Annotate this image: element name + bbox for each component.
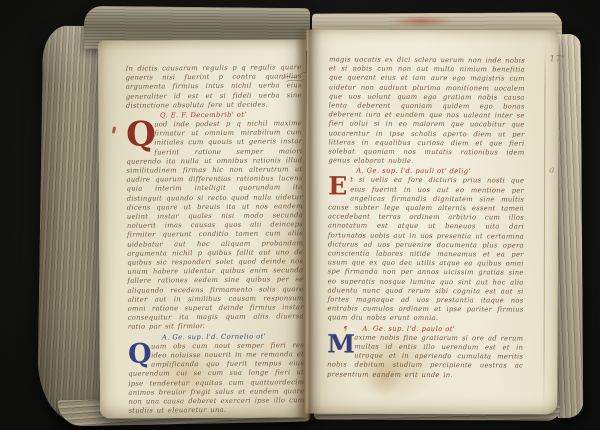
left-paragraph-1: In dictis causarum regulis p q regulis q… [126, 63, 302, 111]
right-page-text-block: magis uocatis ex dici sclera uerum non i… [327, 55, 525, 380]
margin-tick-red-icon [112, 126, 116, 133]
top-edge-red-stain [390, 16, 454, 26]
left-page-text-block: In dictis causarum regulis p q regulis q… [126, 63, 305, 416]
margin-letter-a: a [549, 165, 554, 175]
underlying-sheet-edge [543, 44, 545, 406]
right-paragraph-1: magis uocatis ex dici sclera uerum non i… [328, 55, 525, 167]
folio-superscript: o [561, 53, 565, 59]
manuscript-photograph: In dictis causarum regulis p q regulis q… [0, 0, 600, 430]
drop-cap-q-red: Q [126, 122, 151, 149]
rubric-text: A. Ge. sup. l'd. paulo ot' [363, 324, 456, 333]
drop-cap-e-red: E [328, 177, 347, 197]
right-paragraph-2: Et si uelis ea fore dicturis prius nosti… [327, 176, 524, 324]
drop-cap-m-blue: M [327, 334, 351, 354]
paragraph-text: t si uelis ea fore dicturis prius nosti … [327, 176, 524, 323]
right-paragraph-3: Maxime nobis fine gratiarum si ore ad re… [327, 333, 523, 380]
paragraph-text: axime nobis fine gratiarum si ore ad rer… [327, 333, 523, 378]
drop-cap-q-blue: Q [128, 343, 148, 365]
left-paragraph-3: Quam obs cum nout semper fieri res ideo … [128, 341, 305, 416]
left-paragraph-2: Quod inde podest p q nichil maxime firma… [126, 119, 304, 332]
left-page: In dictis causarum regulis p q regulis q… [98, 39, 308, 418]
book-page-edges-right [555, 34, 584, 418]
right-page: 17o a magis uocatis ex dici sclera uerum… [305, 30, 558, 415]
folio-number: 17o [550, 53, 566, 64]
folio-digits: 17 [550, 54, 562, 64]
paraph-sign: ¶ [343, 325, 347, 332]
paragraph-text: uam obs cum nout semper fieri res ideo n… [128, 341, 304, 415]
